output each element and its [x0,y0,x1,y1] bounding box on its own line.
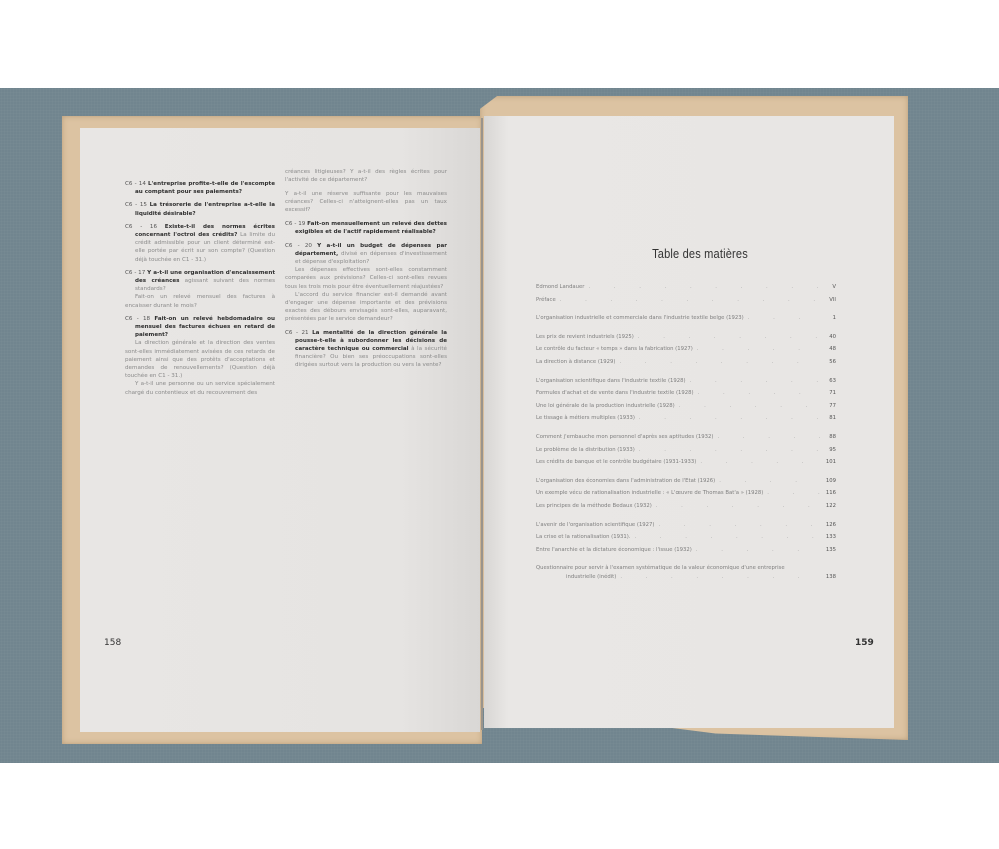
toc-entry: Entre l'anarchie et la dictature économi… [536,547,836,560]
toc-entry-title: La crise et la rationalisation (1931). [536,534,630,540]
table-of-contents: Edmond Landauer . . . . . . . . . . . . … [536,284,836,586]
toc-entry-title: L'organisation industrielle et commercia… [536,315,744,321]
toc-entry: Le problème de la distribution (1933) . … [536,447,836,460]
toc-group: L'organisation des économies dans l'admi… [536,478,836,516]
question-code: C6 - 15 [125,202,150,208]
toc-entry: La direction à distance (1929) . . . . .… [536,359,836,372]
toc-entry-title: Questionnaire pour servir à l'examen sys… [536,565,836,571]
question-paragraph: Y a-t-il une réserve suffisante pour les… [285,190,447,215]
toc-group: Questionnaire pour servir à l'examen sys… [536,565,836,580]
toc-entry-page: 1 [824,315,836,321]
toc-entry-title: Préface [536,297,556,303]
book-spine [481,118,483,730]
toc-entry-title-cont: industrielle (inédit) [566,574,616,580]
toc-group: Les prix de revient industriels (1925) .… [536,334,836,372]
question-paragraph: Y a-t-il une personne ou un service spéc… [125,380,275,396]
question-heading: C6 - 19 Fait-on mensuellement un relevé … [285,220,447,236]
toc-group: L'organisation scientifique dans l'indus… [536,378,836,428]
question-code: C6 - 20 [285,243,317,249]
toc-entry-title: Le problème de la distribution (1933) [536,447,635,453]
toc-entry-page: 63 [824,378,836,384]
question-text: La trésorerie de l'entreprise a-t-elle l… [135,202,275,216]
toc-entry: Les prix de revient industriels (1925) .… [536,334,836,347]
toc-entry: Un exemple vécu de rationalisation indus… [536,490,836,503]
toc-leader-dots: . . . . . . . . . . . . . . . . . . . . … [697,346,820,352]
toc-entry-page: 135 [824,547,836,553]
toc-leader-dots: . . . . . . . . . . . . . . . . . . . . … [619,359,820,365]
toc-leader-dots: . . . . . . . . . . . . . . . . . . . . … [656,503,820,509]
toc-entry-page: 40 [824,334,836,340]
toc-entry-title: L'organisation des économies dans l'admi… [536,478,715,484]
toc-leader-dots: . . . . . . . . . . . . . . . . . . . . … [719,478,820,484]
toc-leader-dots: . . . . . . . . . . . . . . . . . . . . … [634,534,820,540]
toc-entry-page: 56 [824,359,836,365]
toc-entry-page: 71 [824,390,836,396]
toc-entry-page: 122 [824,503,836,509]
toc-entry-title: L'avenir de l'organisation scientifique … [536,522,655,528]
question-item: C6 - 19 Fait-on mensuellement un relevé … [285,220,447,236]
toc-entry-line2: industrielle (inédit) . . . . . . . . . … [536,574,836,580]
questionnaire-column-2: créances litigieuses? Y a-t-il des règle… [285,168,447,375]
toc-entry-title: Le tissage à métiers multiples (1933) [536,415,635,421]
toc-group: L'organisation industrielle et commercia… [536,315,836,328]
question-code: C6 - 21 [285,330,312,336]
toc-leader-dots: . . . . . . . . . . . . . . . . . . . . … [560,297,820,303]
toc-entry-title: Formules d'achat et de vente dans l'indu… [536,390,694,396]
toc-group: Edmond Landauer . . . . . . . . . . . . … [536,284,836,309]
question-heading: C6 - 14 L'entreprise profite-t-elle de l… [125,180,275,196]
toc-entry-page: 88 [824,434,836,440]
toc-entry-title: Edmond Landauer [536,284,584,290]
toc-entry-page: 116 [824,490,836,496]
question-heading: C6 - 16 Existe-t-il des normes écrites c… [125,223,275,264]
toc-entry: L'organisation des économies dans l'admi… [536,478,836,491]
toc-entry: Une loi générale de la production indust… [536,403,836,416]
question-code: C6 - 17 [125,270,147,276]
question-item: C6 - 17 Y a-t-il une organisation d'enca… [125,269,275,310]
toc-entry-page: 95 [824,447,836,453]
toc-entry-page: 101 [824,459,836,465]
question-item: C6 - 20 Y a-t-il un budget de dépenses p… [285,242,447,324]
toc-entry-title: Les crédits de banque et le contrôle bud… [536,459,696,465]
toc-leader-dots: . . . . . . . . . . . . . . . . . . . . … [679,403,820,409]
toc-entry: Comment j'embauche mon personnel d'après… [536,434,836,447]
toc-leader-dots: . . . . . . . . . . . . . . . . . . . . … [767,490,820,496]
toc-entry-title: Une loi générale de la production indust… [536,403,675,409]
toc-entry-page: VII [824,297,836,303]
toc-leader-dots: . . . . . . . . . . . . . . . . . . . . … [748,315,820,321]
toc-entry-page: 138 [824,574,836,580]
toc-group: L'avenir de l'organisation scientifique … [536,522,836,560]
toc-entry-title: Le contrôle du facteur « temps » dans la… [536,346,693,352]
toc-entry: Edmond Landauer . . . . . . . . . . . . … [536,284,836,297]
question-heading: C6 - 15 La trésorerie de l'entreprise a-… [125,201,275,217]
question-heading: C6 - 20 Y a-t-il un budget de dépenses p… [285,242,447,267]
question-code: C6 - 16 [125,224,165,230]
toc-entry: L'organisation scientifique dans l'indus… [536,378,836,391]
toc-entry-page: 126 [824,522,836,528]
toc-entry: Préface . . . . . . . . . . . . . . . . … [536,297,836,310]
toc-title: Table des matières [615,246,785,261]
toc-leader-dots: . . . . . . . . . . . . . . . . . . . . … [659,522,821,528]
toc-entry-page: 133 [824,534,836,540]
page-number-left: 158 [104,638,121,648]
question-code: C6 - 18 [125,316,154,322]
question-heading: C6 - 17 Y a-t-il une organisation d'enca… [125,269,275,294]
toc-entry: L'avenir de l'organisation scientifique … [536,522,836,535]
toc-entry: Le tissage à métiers multiples (1933) . … [536,415,836,428]
toc-group: Comment j'embauche mon personnel d'après… [536,434,836,472]
question-paragraph: Les dépenses effectives sont-elles const… [285,266,447,291]
page-number-right: 159 [855,638,874,648]
question-heading: C6 - 18 Fait-on un relevé hebdomadaire o… [125,315,275,340]
continuation-text: créances litigieuses? Y a-t-il des règle… [285,168,447,184]
toc-leader-dots: . . . . . . . . . . . . . . . . . . . . … [588,284,820,290]
question-item: C6 - 21 La mentalité de la direction gén… [285,329,447,370]
toc-leader-dots: . . . . . . . . . . . . . . . . . . . . … [717,434,820,440]
question-text: Fait-on mensuellement un relevé des dett… [295,221,447,235]
toc-entry-title: La direction à distance (1929) [536,359,615,365]
question-text: L'entreprise profite-t-elle de l'escompt… [135,181,275,195]
question-heading: C6 - 21 La mentalité de la direction gén… [285,329,447,370]
toc-entry: Les crédits de banque et le contrôle bud… [536,459,836,472]
toc-leader-dots: . . . . . . . . . . . . . . . . . . . . … [696,547,820,553]
toc-entry-title: Un exemple vécu de rationalisation indus… [536,490,763,496]
toc-entry-title: Entre l'anarchie et la dictature économi… [536,547,692,553]
toc-entry: La crise et la rationalisation (1931). .… [536,534,836,547]
question-item: C6 - 18 Fait-on un relevé hebdomadaire o… [125,315,275,397]
toc-entry-page: 81 [824,415,836,421]
toc-leader-dots: . . . . . . . . . . . . . . . . . . . . … [639,447,820,453]
question-paragraph: L'accord du service financier est-il dem… [285,291,447,324]
toc-leader-dots: . . . . . . . . . . . . . . . . . . . . … [620,574,820,580]
toc-leader-dots: . . . . . . . . . . . . . . . . . . . . … [700,459,820,465]
question-item: C6 - 15 La trésorerie de l'entreprise a-… [125,201,275,217]
toc-entry-page: 48 [824,346,836,352]
toc-leader-dots: . . . . . . . . . . . . . . . . . . . . … [690,378,820,384]
toc-entry-title: L'organisation scientifique dans l'indus… [536,378,686,384]
toc-entry-page: V [824,284,836,290]
question-paragraph: Fait-on un relevé mensuel des factures à… [125,293,275,309]
toc-entry: Formules d'achat et de vente dans l'indu… [536,390,836,403]
question-item: C6 - 14 L'entreprise profite-t-elle de l… [125,180,275,196]
questionnaire-column-1: C6 - 14 L'entreprise profite-t-elle de l… [125,180,275,402]
toc-entry-title: Les prix de revient industriels (1925) [536,334,634,340]
question-code: C6 - 14 [125,181,148,187]
toc-leader-dots: . . . . . . . . . . . . . . . . . . . . … [639,415,820,421]
toc-entry: L'organisation industrielle et commercia… [536,315,836,328]
toc-entry-title: Comment j'embauche mon personnel d'après… [536,434,713,440]
toc-leader-dots: . . . . . . . . . . . . . . . . . . . . … [638,334,820,340]
question-code: C6 - 19 [285,221,307,227]
toc-entry: Le contrôle du facteur « temps » dans la… [536,346,836,359]
toc-leader-dots: . . . . . . . . . . . . . . . . . . . . … [698,390,820,396]
toc-entry-title: Les principes de la méthode Bedaux (1932… [536,503,652,509]
question-text: Fait-on un relevé hebdomadaire ou mensue… [135,316,275,338]
toc-entry: Questionnaire pour servir à l'examen sys… [536,565,836,580]
toc-entry-page: 109 [824,478,836,484]
question-item: C6 - 16 Existe-t-il des normes écrites c… [125,223,275,264]
toc-entry: Les principes de la méthode Bedaux (1932… [536,503,836,516]
toc-entry-page: 77 [824,403,836,409]
question-paragraph: La direction générale et la direction de… [125,339,275,380]
